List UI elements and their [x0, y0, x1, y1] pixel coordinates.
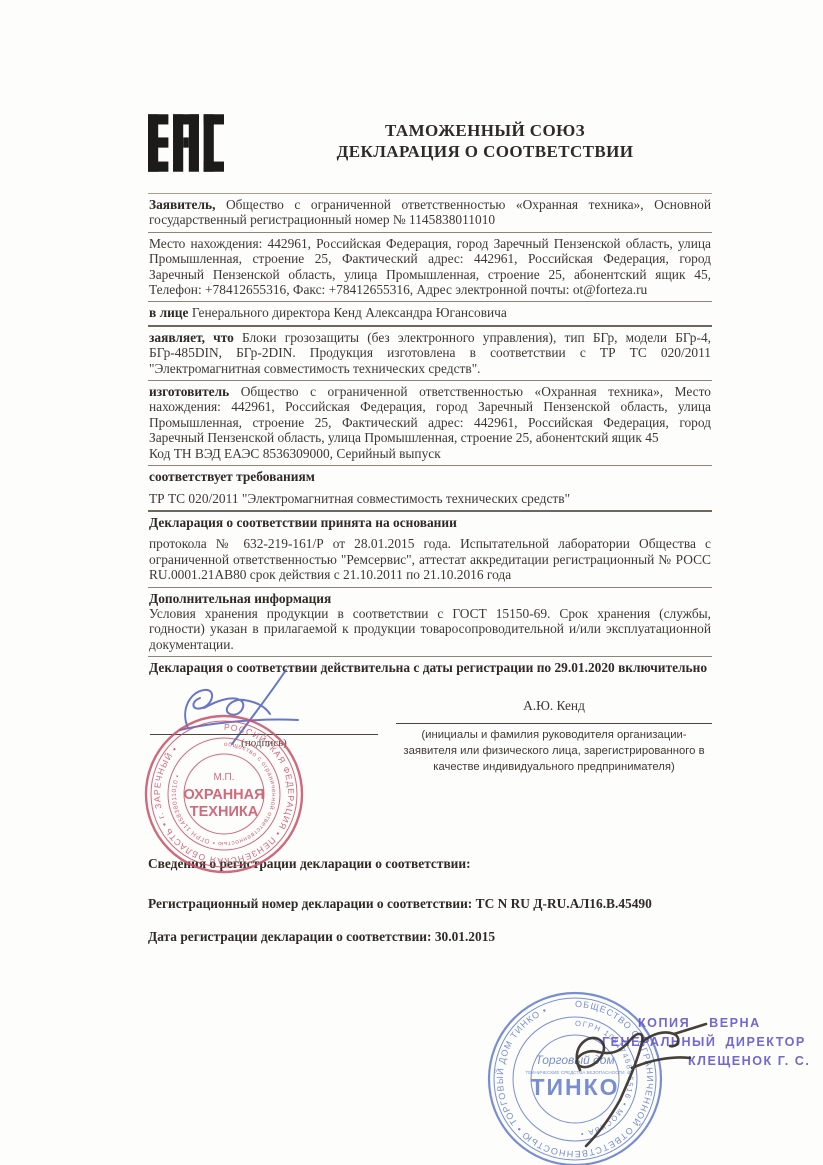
registration-date-value: 30.01.2015: [435, 929, 495, 944]
declaration-document-page: ТАМОЖЕННЫЙ СОЮЗ ДЕКЛАРАЦИЯ О СООТВЕТСТВИ…: [0, 0, 823, 1165]
manufacturer-code: Код ТН ВЭД ЕАЭС 8536309000, Серийный вып…: [149, 446, 441, 461]
row-person: в лице Генерального директора Кенд Алекс…: [148, 302, 712, 326]
row-manufacturer: изготовитель Общество с ограниченной отв…: [148, 381, 712, 466]
row-additional-info: Дополнительная информация Условия хранен…: [148, 588, 712, 658]
additional-text: Условия хранения продукции в соответстви…: [149, 606, 711, 652]
person-label: в лице: [149, 305, 188, 320]
basis-heading: Декларация о соответствии принята на осн…: [149, 515, 711, 530]
manufacturer-label: изготовитель: [149, 384, 229, 399]
head-name: А.Ю. Кенд: [396, 688, 712, 723]
stamp-mp-text: М.П.: [213, 772, 234, 783]
company-round-stamp: РОССИЙСКАЯ ФЕДЕРАЦИЯ • ПЕНЗЕНСКАЯ ОБЛАСТ…: [140, 710, 308, 878]
registration-number-value: ТС N RU Д-RU.АЛ16.В.45490: [476, 896, 652, 911]
eac-logo-icon: [148, 112, 224, 174]
title-line-1: ТАМОЖЕННЫЙ СОЮЗ: [258, 120, 712, 141]
requirements-text: ТР ТС 020/2011 "Электромагнитная совмест…: [149, 491, 711, 506]
manufacturer-text: Общество с ограниченной ответственностью…: [149, 384, 711, 445]
row-declares: заявляет, что Блоки грозозащиты (без эле…: [148, 327, 712, 381]
row-applicant: Заявитель, Общество с ограниченной ответ…: [148, 194, 712, 233]
document-body: ТАМОЖЕННЫЙ СОЮЗ ДЕКЛАРАЦИЯ О СООТВЕТСТВИ…: [148, 112, 712, 962]
registration-number-label: Регистрационный номер декларации о соотв…: [148, 896, 472, 911]
document-title: ТАМОЖЕННЫЙ СОЮЗ ДЕКЛАРАЦИЯ О СООТВЕТСТВИ…: [232, 112, 712, 162]
row-requirements: соответствует требованиям ТР ТС 020/2011…: [148, 466, 712, 512]
title-line-2: ДЕКЛАРАЦИЯ О СООТВЕТСТВИИ: [258, 141, 712, 162]
row-address: Место нахождения: 442961, Российская Фед…: [148, 233, 712, 303]
declaration-table: Заявитель, Общество с ограниченной ответ…: [148, 193, 712, 680]
registration-date-label: Дата регистрации декларации о соответств…: [148, 929, 431, 944]
registration-number-line: Регистрационный номер декларации о соотв…: [148, 896, 712, 912]
stamp-company-name-1: ОХРАННАЯ: [183, 787, 264, 803]
signature-dark-ink: [540, 1008, 750, 1158]
basis-text: протокола № 632-219-161/Р от 28.01.2015 …: [149, 536, 711, 582]
additional-heading: Дополнительная информация: [149, 591, 711, 606]
head-caption: (инициалы и фамилия руководителя организ…: [396, 724, 712, 776]
applicant-label: Заявитель,: [149, 197, 215, 212]
signature-section: (подпись) А.Ю. Кенд (инициалы и фамилия …: [148, 688, 712, 840]
declares-text: Блоки грозозащиты (без электронного упра…: [149, 330, 711, 376]
address-text: Место нахождения: 442961, Российская Фед…: [149, 236, 711, 297]
row-basis: Декларация о соответствии принята на осн…: [148, 512, 712, 588]
stamp-company-name-2: ТЕХНИКА: [190, 804, 259, 820]
requirements-heading: соответствует требованиям: [149, 469, 711, 484]
head-signature-block: А.Ю. Кенд (инициалы и фамилия руководите…: [396, 688, 712, 776]
declares-label: заявляет, что: [149, 330, 234, 345]
applicant-text: Общество с ограниченной ответственностью…: [149, 197, 711, 227]
person-text: Генерального директора Кенд Александра Ю…: [192, 305, 507, 320]
document-header: ТАМОЖЕННЫЙ СОЮЗ ДЕКЛАРАЦИЯ О СООТВЕТСТВИ…: [148, 112, 712, 179]
eac-mark-logo: [148, 112, 232, 179]
registration-date-line: Дата регистрации декларации о соответств…: [148, 929, 712, 945]
